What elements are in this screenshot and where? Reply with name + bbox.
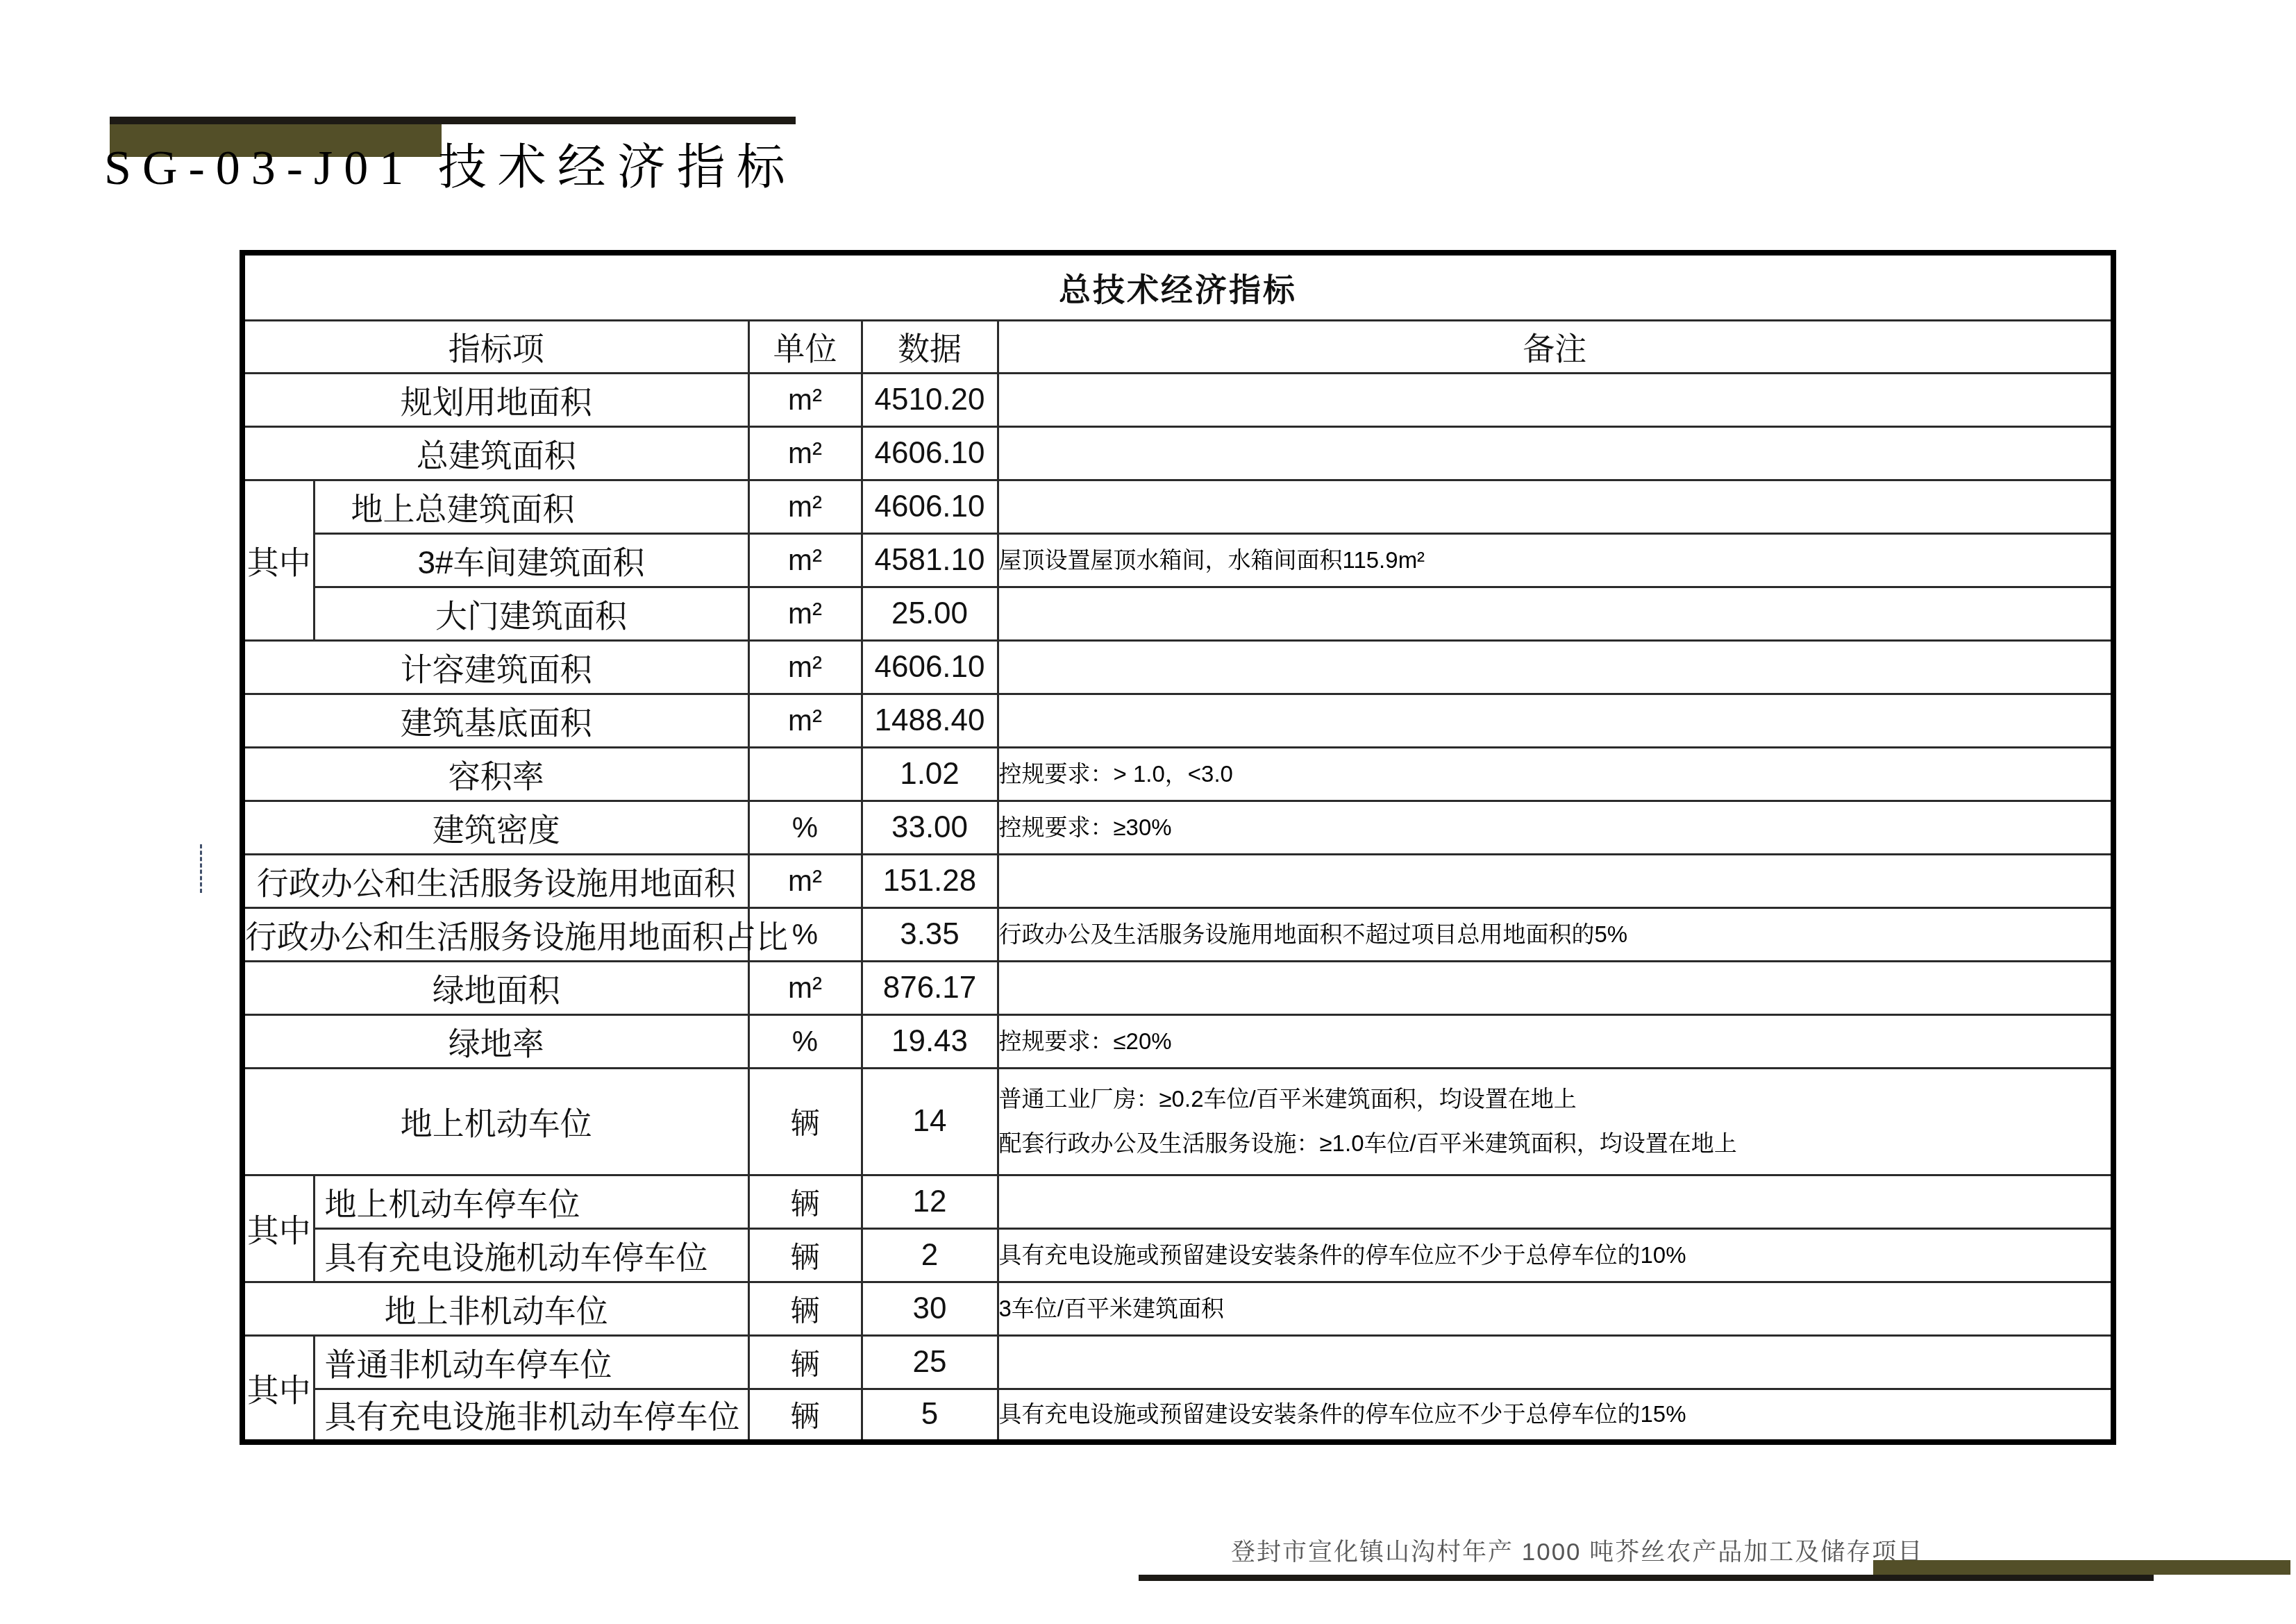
value-cell: 4606.10 — [862, 640, 998, 694]
indicator-cell: 地上总建筑面积 — [314, 480, 748, 533]
indicator-cell: 建筑基底面积 — [242, 694, 748, 747]
remark-cell: 行政办公及生活服务设施用地面积不超过项目总用地面积的5% — [998, 907, 2113, 961]
unit-cell: 辆 — [748, 1068, 862, 1175]
value-cell: 4510.20 — [862, 373, 998, 426]
col-header-unit: 单位 — [748, 320, 862, 373]
remark-cell — [998, 426, 2113, 480]
value-cell: 33.00 — [862, 801, 998, 854]
table-row: 具有充电设施非机动车停车位 辆 5 具有充电设施或预留建设安装条件的停车位应不少… — [242, 1389, 2113, 1442]
remark-cell: 3车位/百平米建筑面积 — [998, 1282, 2113, 1335]
indicator-cell: 普通非机动车停车位 — [314, 1335, 748, 1389]
unit-cell: 辆 — [748, 1282, 862, 1335]
indicator-cell: 地上非机动车位 — [242, 1282, 748, 1335]
col-header-value: 数据 — [862, 320, 998, 373]
remark-cell — [998, 1335, 2113, 1389]
indicator-cell: 建筑密度 — [242, 801, 748, 854]
value-cell: 1.02 — [862, 747, 998, 801]
group-label-cell: 其中 — [242, 1335, 314, 1442]
value-cell: 1488.40 — [862, 694, 998, 747]
value-cell: 4581.10 — [862, 533, 998, 587]
indicator-cell: 绿地率 — [242, 1014, 748, 1068]
value-cell: 876.17 — [862, 961, 998, 1014]
value-cell: 14 — [862, 1068, 998, 1175]
remark-cell: 普通工业厂房：≥0.2车位/百平米建筑面积，均设置在地上 配套行政办公及生活服务… — [998, 1068, 2113, 1175]
value-cell: 2 — [862, 1228, 998, 1282]
remark-cell: 控规要求：≤20% — [998, 1014, 2113, 1068]
table-row: 绿地率 % 19.43 控规要求：≤20% — [242, 1014, 2113, 1068]
indicators-table: 总技术经济指标 指标项 单位 数据 备注 规划用地面积 m² 4510.20 总… — [240, 250, 2116, 1445]
indicator-cell: 规划用地面积 — [242, 373, 748, 426]
unit-cell: 辆 — [748, 1389, 862, 1442]
unit-cell: m² — [748, 373, 862, 426]
footer-project-name: 登封市宣化镇山沟村年产 1000 吨芥丝农产品加工及储存项目 — [1231, 1533, 1923, 1568]
table-row: 建筑基底面积 m² 1488.40 — [242, 694, 2113, 747]
margin-dash-mark — [200, 844, 202, 893]
remark-cell — [998, 373, 2113, 426]
remark-cell — [998, 694, 2113, 747]
table-row: 建筑密度 % 33.00 控规要求：≥30% — [242, 801, 2113, 854]
value-cell: 151.28 — [862, 854, 998, 907]
page: SG-03-J01 技术经济指标 总技术经济指标 指标项 单位 数据 备注 规划… — [0, 0, 2296, 1624]
table-row: 绿地面积 m² 876.17 — [242, 961, 2113, 1014]
remark-cell — [998, 587, 2113, 640]
table-row: 其中 普通非机动车停车位 辆 25 — [242, 1335, 2113, 1389]
remark-cell: 具有充电设施或预留建设安装条件的停车位应不少于总停车位的15% — [998, 1389, 2113, 1442]
header-rule — [110, 117, 796, 124]
remark-cell — [998, 961, 2113, 1014]
table-row: 规划用地面积 m² 4510.20 — [242, 373, 2113, 426]
indicator-cell: 地上机动车停车位 — [314, 1175, 748, 1228]
table-row: 总建筑面积 m² 4606.10 — [242, 426, 2113, 480]
value-cell: 19.43 — [862, 1014, 998, 1068]
unit-cell: 辆 — [748, 1228, 862, 1282]
unit-cell: 辆 — [748, 1175, 862, 1228]
remark-cell — [998, 480, 2113, 533]
table-row: 其中 地上总建筑面积 m² 4606.10 — [242, 480, 2113, 533]
indicator-cell: 总建筑面积 — [242, 426, 748, 480]
footer-rule — [1139, 1575, 2154, 1581]
indicator-cell: 绿地面积 — [242, 961, 748, 1014]
value-cell: 25.00 — [862, 587, 998, 640]
value-cell: 30 — [862, 1282, 998, 1335]
table-row: 行政办公和生活服务设施用地面积 m² 151.28 — [242, 854, 2113, 907]
table-row: 行政办公和生活服务设施用地面积占比 % 3.35 行政办公及生活服务设施用地面积… — [242, 907, 2113, 961]
value-cell: 12 — [862, 1175, 998, 1228]
col-header-indicator: 指标项 — [242, 320, 748, 373]
group-label-cell: 其中 — [242, 480, 314, 640]
table-row: 具有充电设施机动车停车位 辆 2 具有充电设施或预留建设安装条件的停车位应不少于… — [242, 1228, 2113, 1282]
remark-cell: 屋顶设置屋顶水箱间，水箱间面积115.9m² — [998, 533, 2113, 587]
remark-cell — [998, 640, 2113, 694]
value-cell: 5 — [862, 1389, 998, 1442]
unit-cell: % — [748, 801, 862, 854]
unit-cell: m² — [748, 854, 862, 907]
table-row: 地上机动车位 辆 14 普通工业厂房：≥0.2车位/百平米建筑面积，均设置在地上… — [242, 1068, 2113, 1175]
table-header-row: 指标项 单位 数据 备注 — [242, 320, 2113, 373]
indicator-cell: 地上机动车位 — [242, 1068, 748, 1175]
table-row: 3#车间建筑面积 m² 4581.10 屋顶设置屋顶水箱间，水箱间面积115.9… — [242, 533, 2113, 587]
table-title: 总技术经济指标 — [242, 253, 2113, 320]
unit-cell: m² — [748, 640, 862, 694]
remark-cell: 具有充电设施或预留建设安装条件的停车位应不少于总停车位的10% — [998, 1228, 2113, 1282]
value-cell: 25 — [862, 1335, 998, 1389]
col-header-remark: 备注 — [998, 320, 2113, 373]
footer-accent-bar — [1873, 1560, 2290, 1575]
unit-cell: m² — [748, 426, 862, 480]
unit-cell: % — [748, 1014, 862, 1068]
value-cell: 4606.10 — [862, 480, 998, 533]
indicator-cell: 计容建筑面积 — [242, 640, 748, 694]
table-title-row: 总技术经济指标 — [242, 253, 2113, 320]
unit-cell: 辆 — [748, 1335, 862, 1389]
value-cell: 4606.10 — [862, 426, 998, 480]
indicator-cell: 容积率 — [242, 747, 748, 801]
indicator-cell: 具有充电设施机动车停车位 — [314, 1228, 748, 1282]
remark-cell — [998, 1175, 2113, 1228]
indicator-cell: 3#车间建筑面积 — [314, 533, 748, 587]
indicator-cell: 行政办公和生活服务设施用地面积 — [242, 854, 748, 907]
remark-cell: 控规要求：≥30% — [998, 801, 2113, 854]
table-row: 其中 地上机动车停车位 辆 12 — [242, 1175, 2113, 1228]
unit-cell: m² — [748, 480, 862, 533]
remark-cell — [998, 854, 2113, 907]
unit-cell: m² — [748, 533, 862, 587]
value-cell: 3.35 — [862, 907, 998, 961]
remark-cell: 控规要求：> 1.0，<3.0 — [998, 747, 2113, 801]
unit-cell: m² — [748, 961, 862, 1014]
group-label-cell: 其中 — [242, 1175, 314, 1282]
table-row: 计容建筑面积 m² 4606.10 — [242, 640, 2113, 694]
table-row: 大门建筑面积 m² 25.00 — [242, 587, 2113, 640]
unit-cell — [748, 747, 862, 801]
indicator-cell: 具有充电设施非机动车停车位 — [314, 1389, 748, 1442]
doc-title: SG-03-J01 技术经济指标 — [104, 141, 796, 197]
unit-cell: m² — [748, 694, 862, 747]
unit-cell: m² — [748, 587, 862, 640]
indicator-cell: 行政办公和生活服务设施用地面积占比 — [242, 907, 748, 961]
table-row: 容积率 1.02 控规要求：> 1.0，<3.0 — [242, 747, 2113, 801]
table-row: 地上非机动车位 辆 30 3车位/百平米建筑面积 — [242, 1282, 2113, 1335]
indicator-cell: 大门建筑面积 — [314, 587, 748, 640]
